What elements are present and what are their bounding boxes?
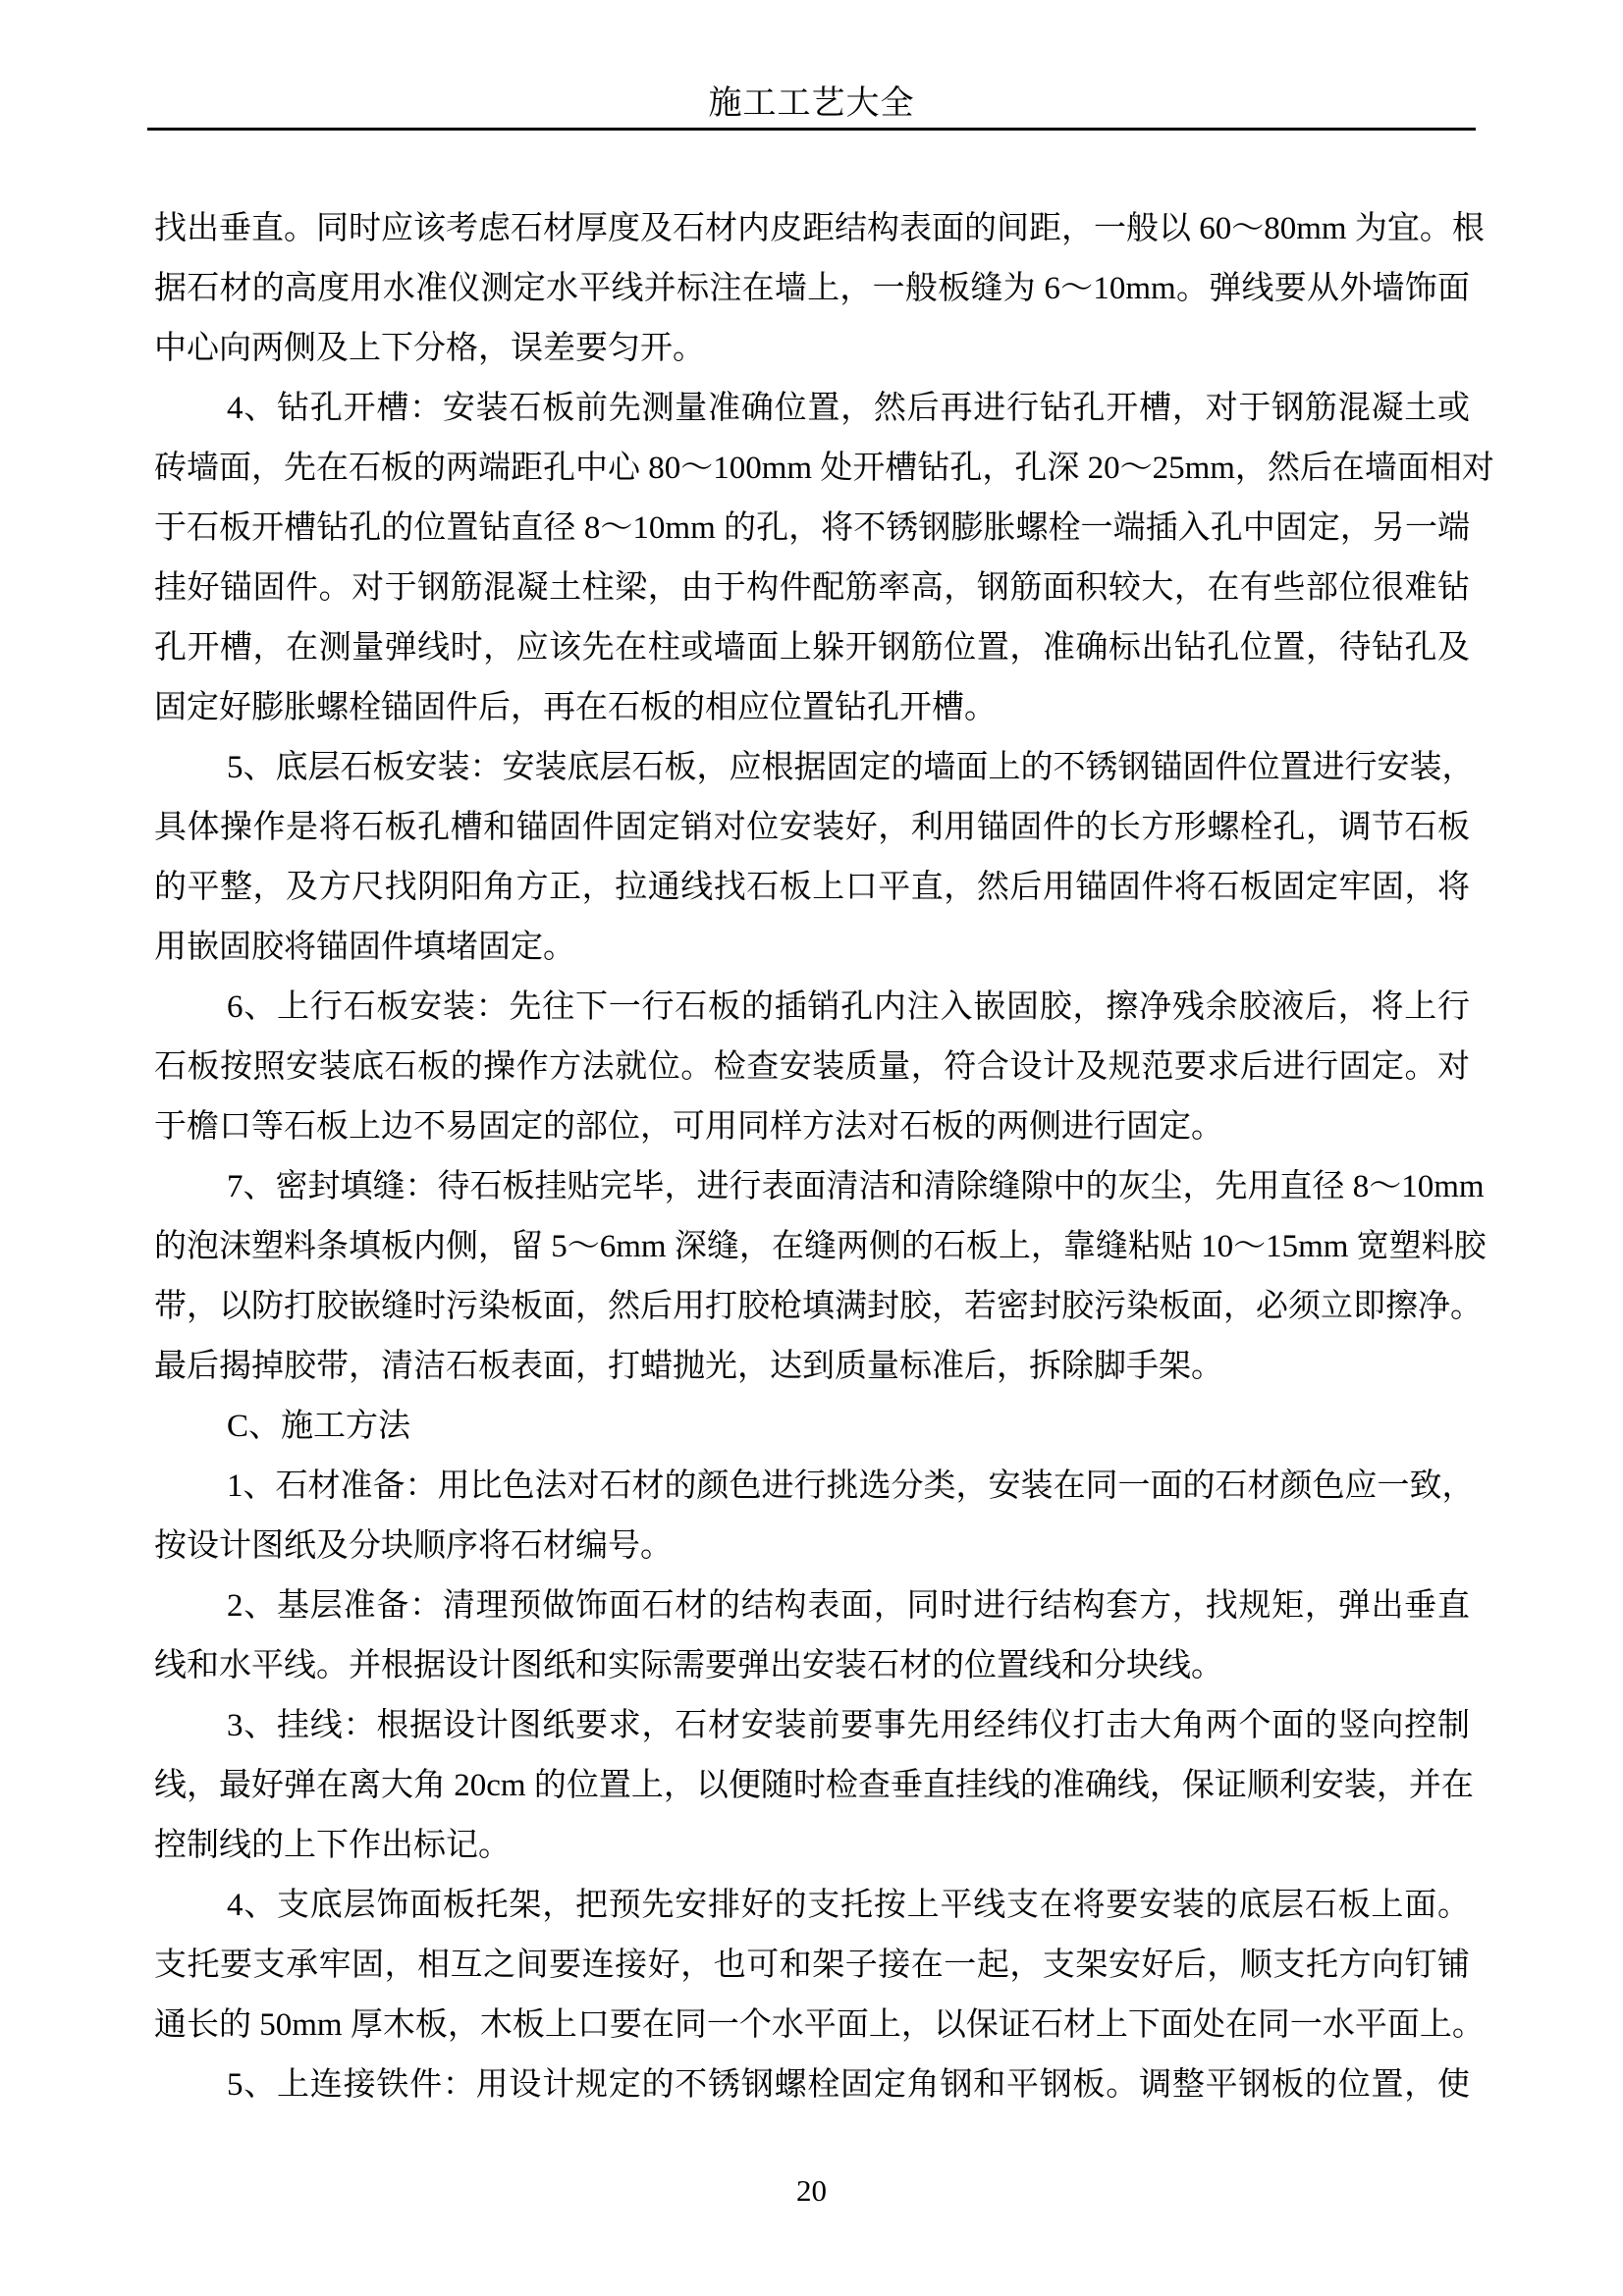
text-line: 控制线的上下作出标记。 <box>154 1816 1470 1876</box>
footer-page-number: 20 <box>0 2171 1623 2211</box>
page-header-title: 施工工艺大全 <box>0 84 1623 124</box>
text-line: 于石板开槽钻孔的位置钻直径 8～10mm 的孔，将不锈钢膨胀螺栓一端插入孔中固定… <box>154 499 1470 559</box>
text-line: 砖墙面，先在石板的两端距孔中心 80～100mm 处开槽钻孔，孔深 20～25m… <box>154 439 1470 499</box>
text-line: 孔开槽，在测量弹线时，应该先在柱或墙面上躲开钢筋位置，准确标出钻孔位置，待钻孔及 <box>154 618 1470 678</box>
text-line: 固定好膨胀螺栓锚固件后，再在石板的相应位置钻孔开槽。 <box>154 678 1470 738</box>
text-line: 支托要支承牢固，相互之间要连接好，也可和架子接在一起，支架安好后，顺支托方向钉铺 <box>154 1936 1470 1996</box>
text-line: 的平整，及方尺找阴阳角方正，拉通线找石板上口平直，然后用锚固件将石板固定牢固，将 <box>154 858 1470 918</box>
text-line: 5、上连接铁件：用设计规定的不锈钢螺栓固定角钢和平钢板。调整平钢板的位置，使 <box>154 2056 1470 2115</box>
text-line: 通长的 50mm 厚木板，木板上口要在同一个水平面上，以保证石材上下面处在同一水… <box>154 1996 1470 2056</box>
text-line: 1、石材准备：用比色法对石材的颜色进行挑选分类，安装在同一面的石材颜色应一致， <box>154 1457 1470 1517</box>
text-line: 7、密封填缝：待石板挂贴完毕，进行表面清洁和清除缝隙中的灰尘，先用直径 8～10… <box>154 1157 1470 1217</box>
text-line: 线和水平线。并根据设计图纸和实际需要弹出安装石材的位置线和分块线。 <box>154 1636 1470 1696</box>
text-line: 挂好锚固件。对于钢筋混凝土柱梁，由于构件配筋率高，钢筋面积较大，在有些部位很难钻 <box>154 559 1470 618</box>
text-line: C、施工方法 <box>154 1397 1470 1457</box>
text-line: 2、基层准备：清理预做饰面石材的结构表面，同时进行结构套方，找规矩，弹出垂直 <box>154 1576 1470 1636</box>
text-line: 5、底层石板安装：安装底层石板，应根据固定的墙面上的不锈钢锚固件位置进行安装， <box>154 738 1470 798</box>
text-line: 3、挂线：根据设计图纸要求，石材安装前要事先用经纬仪打击大角两个面的竖向控制 <box>154 1696 1470 1756</box>
text-line: 于檐口等石板上边不易固定的部位，可用同样方法对石板的两侧进行固定。 <box>154 1097 1470 1157</box>
document-page: 施工工艺大全 找出垂直。同时应该考虑石材厚度及石材内皮距结构表面的间距，一般以 … <box>0 0 1623 2296</box>
text-line: 的泡沫塑料条填板内侧，留 5～6mm 深缝，在缝两侧的石板上，靠缝粘贴 10～1… <box>154 1217 1470 1277</box>
text-line: 中心向两侧及上下分格，误差要匀开。 <box>154 319 1470 379</box>
text-line: 据石材的高度用水准仪测定水平线并标注在墙上，一般板缝为 6～10mm。弹线要从外… <box>154 259 1470 319</box>
text-line: 按设计图纸及分块顺序将石材编号。 <box>154 1517 1470 1576</box>
text-line: 具体操作是将石板孔槽和锚固件固定销对位安装好，利用锚固件的长方形螺栓孔，调节石板 <box>154 798 1470 858</box>
text-line: 用嵌固胶将锚固件填堵固定。 <box>154 918 1470 978</box>
text-line: 带，以防打胶嵌缝时污染板面，然后用打胶枪填满封胶，若密封胶污染板面，必须立即擦净… <box>154 1277 1470 1337</box>
header-divider-rule <box>147 128 1476 131</box>
document-body: 找出垂直。同时应该考虑石材厚度及石材内皮距结构表面的间距，一般以 60～80mm… <box>154 199 1470 2115</box>
text-line: 4、支底层饰面板托架，把预先安排好的支托按上平线支在将要安装的底层石板上面。 <box>154 1876 1470 1936</box>
text-line: 石板按照安装底石板的操作方法就位。检查安装质量，符合设计及规范要求后进行固定。对 <box>154 1038 1470 1097</box>
text-line: 找出垂直。同时应该考虑石材厚度及石材内皮距结构表面的间距，一般以 60～80mm… <box>154 199 1470 259</box>
text-line: 6、上行石板安装：先往下一行石板的插销孔内注入嵌固胶，擦净残余胶液后，将上行 <box>154 978 1470 1038</box>
text-line: 最后揭掉胶带，清洁石板表面，打蜡抛光，达到质量标准后，拆除脚手架。 <box>154 1337 1470 1397</box>
text-line: 线，最好弹在离大角 20cm 的位置上，以便随时检查垂直挂线的准确线，保证顺利安… <box>154 1756 1470 1816</box>
text-line: 4、钻孔开槽：安装石板前先测量准确位置，然后再进行钻孔开槽，对于钢筋混凝土或 <box>154 379 1470 439</box>
